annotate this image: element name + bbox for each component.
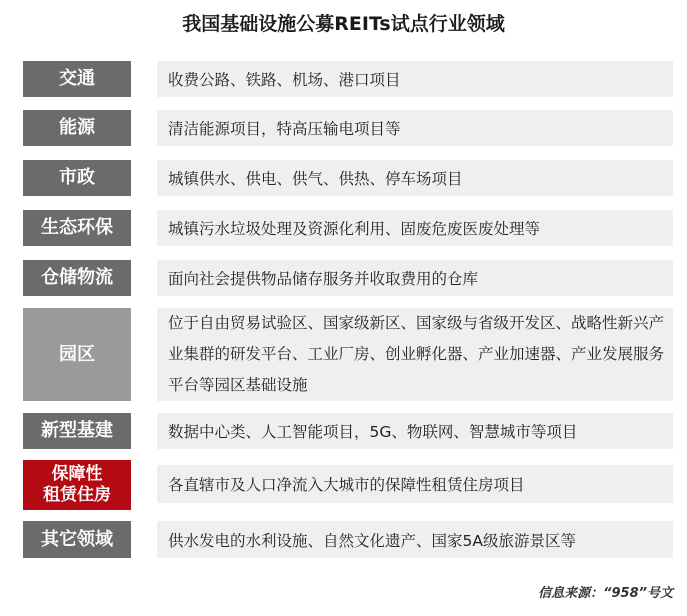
category-description: 城镇污水垃圾处理及资源化利用、固废危废医废处理等 <box>157 210 673 246</box>
category-label: 交通 <box>23 61 131 97</box>
row-warehousing-logistics: 仓储物流 面向社会提供物品储存服务并收取费用的仓库 <box>23 260 673 296</box>
row-new-infrastructure: 新型基建 数据中心类、人工智能项目，5G、物联网、智慧城市等项目 <box>23 413 673 449</box>
category-description: 清洁能源项目，特高压输电项目等 <box>157 110 673 146</box>
row-municipal: 市政 城镇供水、供电、供气、供热、停车场项目 <box>23 160 673 196</box>
category-label-highlighted: 保障性 租赁住房 <box>23 460 131 510</box>
category-label: 新型基建 <box>23 413 131 449</box>
category-description: 数据中心类、人工智能项目，5G、物联网、智慧城市等项目 <box>157 413 673 449</box>
category-description: 面向社会提供物品储存服务并收取费用的仓库 <box>157 260 673 296</box>
category-label: 园区 <box>23 308 131 401</box>
row-energy: 能源 清洁能源项目，特高压输电项目等 <box>23 110 673 146</box>
page-title: 我国基础设施公募REITs试点行业领域 <box>0 9 687 36</box>
row-affordable-rental-housing: 保障性 租赁住房 各直辖市及人口净流入大城市的保障性租赁住房项目 <box>23 460 673 510</box>
category-label-line1: 保障性 <box>52 464 103 485</box>
category-description: 收费公路、铁路、机场、港口项目 <box>157 61 673 97</box>
row-industrial-park: 园区 位于自由贸易试验区、国家级新区、国家级与省级开发区、战略性新兴产业集群的研… <box>23 308 673 401</box>
category-description: 各直辖市及人口净流入大城市的保障性租赁住房项目 <box>157 465 673 503</box>
category-label: 仓储物流 <box>23 260 131 296</box>
category-label: 能源 <box>23 110 131 146</box>
row-transport: 交通 收费公路、铁路、机场、港口项目 <box>23 61 673 97</box>
category-label-line2: 租赁住房 <box>43 485 111 506</box>
category-description: 供水发电的水利设施、自然文化遗产、国家5A级旅游景区等 <box>157 521 673 558</box>
row-other: 其它领域 供水发电的水利设施、自然文化遗产、国家5A级旅游景区等 <box>23 521 673 558</box>
category-label: 市政 <box>23 160 131 196</box>
category-description: 位于自由贸易试验区、国家级新区、国家级与省级开发区、战略性新兴产业集群的研发平台… <box>157 308 673 401</box>
category-description: 城镇供水、供电、供气、供热、停车场项目 <box>157 160 673 196</box>
category-label: 其它领域 <box>23 521 131 558</box>
source-note: 信息来源：“958”号文 <box>538 582 673 601</box>
category-label: 生态环保 <box>23 210 131 246</box>
row-eco-environment: 生态环保 城镇污水垃圾处理及资源化利用、固废危废医废处理等 <box>23 210 673 246</box>
